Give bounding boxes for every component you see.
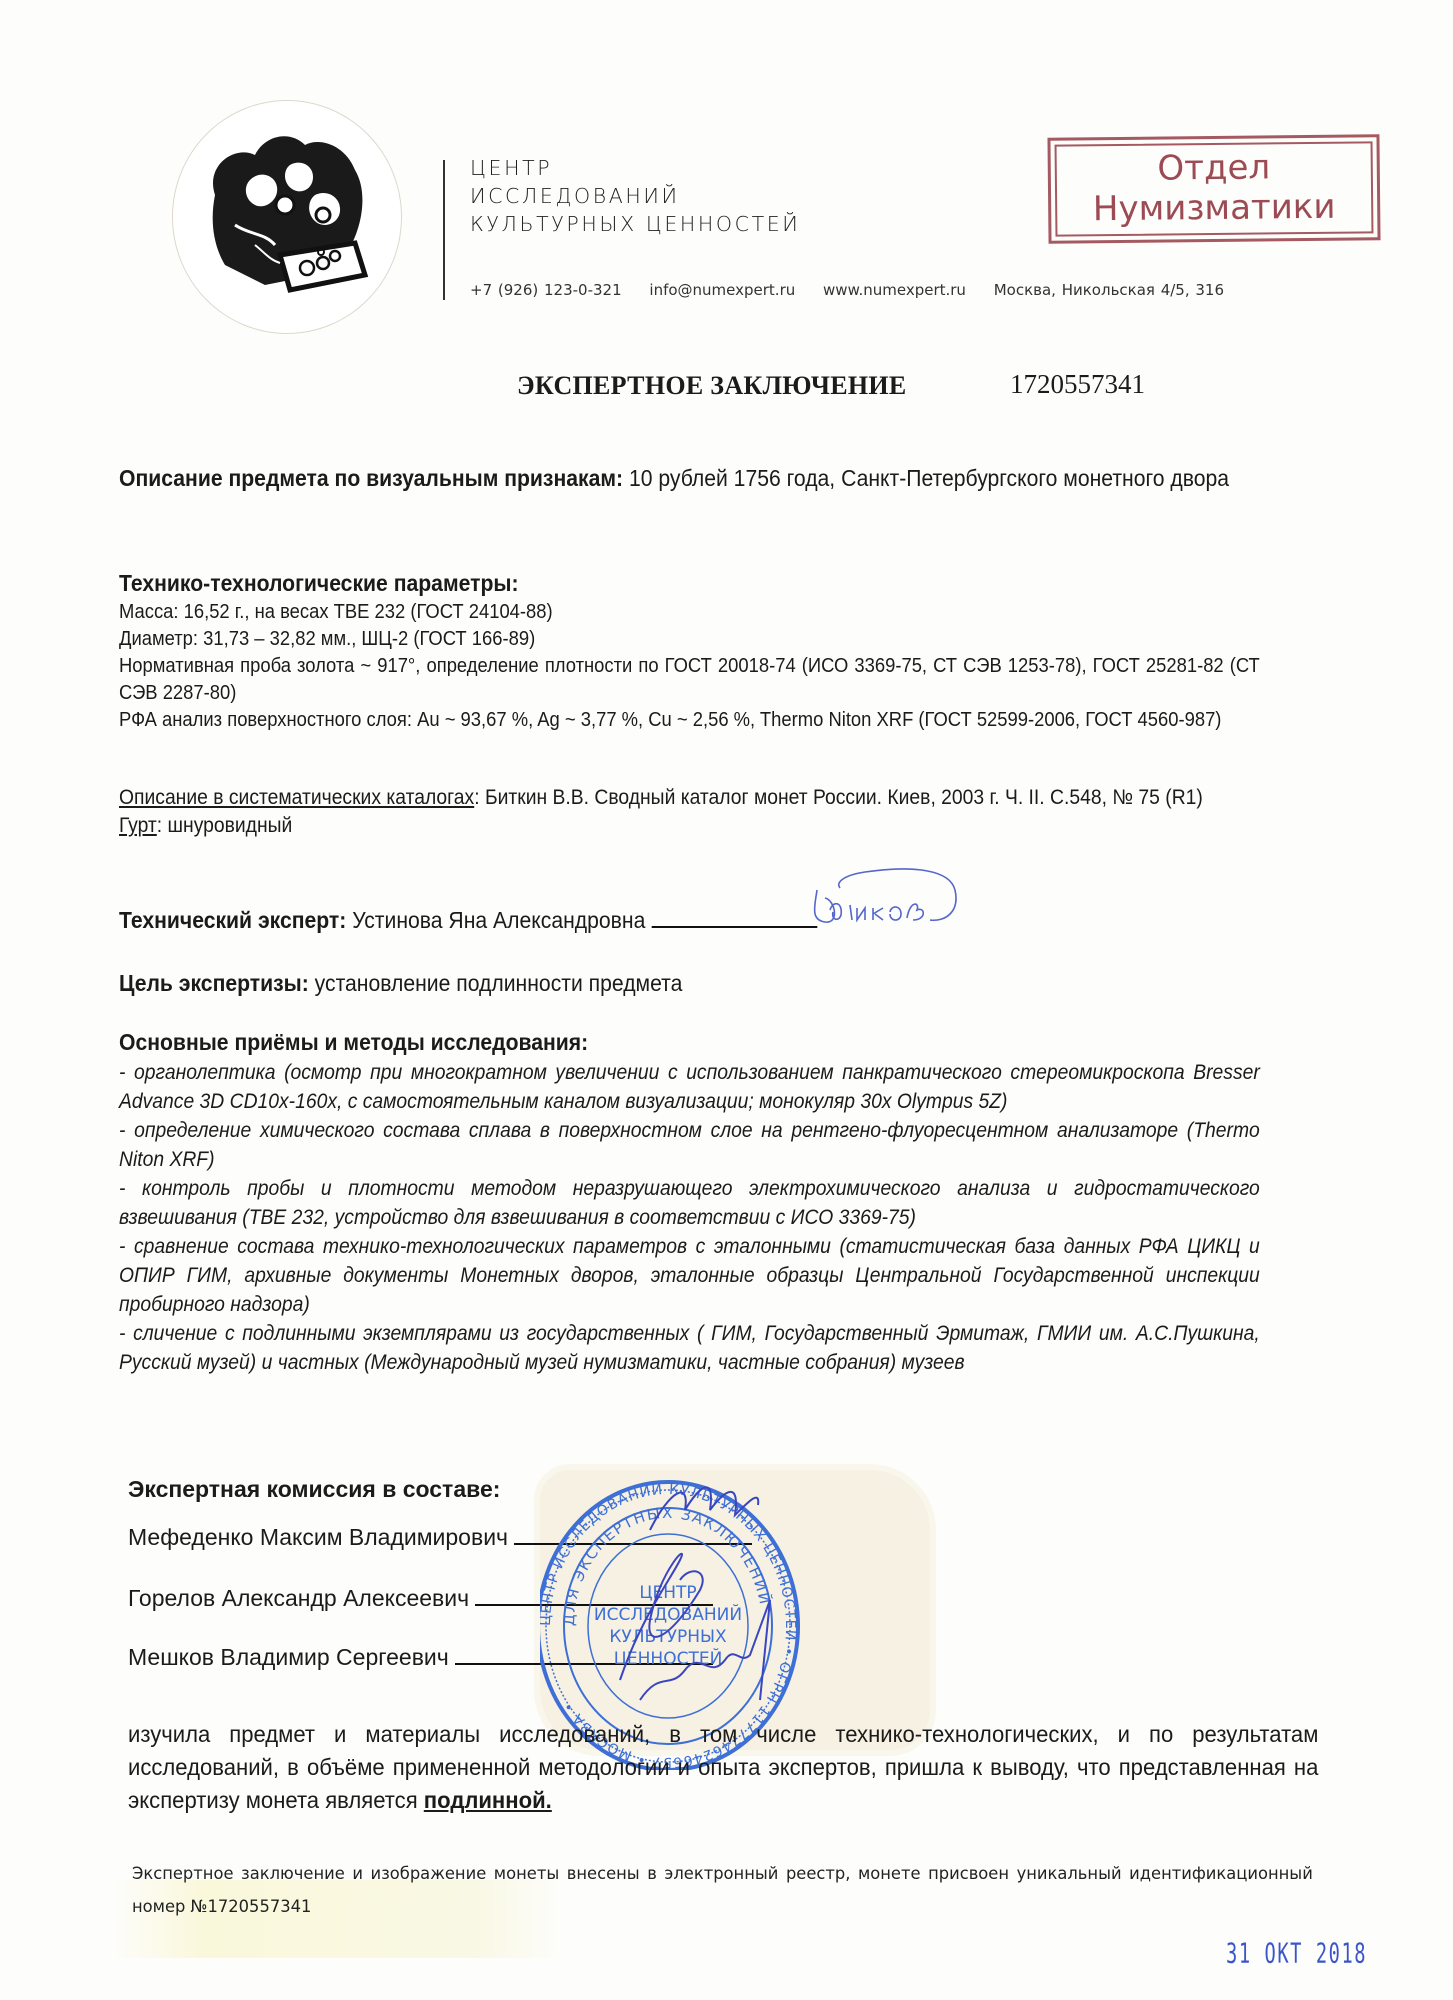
tech-expert-signature-line <box>651 926 817 928</box>
technical-parameters: Технико-технологические параметры: Масса… <box>119 567 1260 734</box>
document-title: ЭКСПЕРТНОЕ ЗАКЛЮЧЕНИЕ <box>517 371 907 401</box>
param-diameter: Диаметр: 31,73 – 32,82 мм., ШЦ-2 (ГОСТ 1… <box>119 626 1260 653</box>
purpose-value: установление подлинности предмета <box>315 970 683 996</box>
org-name-line-3: КУЛЬТУРНЫХ ЦЕННОСТЕЙ <box>470 210 800 238</box>
contact-bar: +7 (926) 123-0-321 info@numexpert.ru www… <box>470 281 1246 299</box>
date-stamp: 31 ОКТ 2018 <box>1226 1937 1367 1969</box>
conclusion: изучила предмет и материалы исследований… <box>128 1718 1318 1817</box>
org-name-line-1: ЦЕНТР <box>470 154 800 182</box>
param-mass: Масса: 16,52 г., на весах ТВЕ 232 (ГОСТ … <box>119 599 1260 626</box>
method-item: - сличение с подлинными экземплярами из … <box>119 1319 1260 1377</box>
param-xrf: РФА анализ поверхностного слоя: Au ~ 93,… <box>119 707 1260 734</box>
catalog-value: : Биткин В.В. Сводный каталог монет Росс… <box>474 786 1203 809</box>
department-stamp: Отдел Нумизматики <box>1047 134 1380 243</box>
edge-label: Гурт <box>119 814 157 837</box>
edge-value: : шнуровидный <box>157 814 293 837</box>
experts-engraving-icon <box>195 125 380 310</box>
purpose-label: Цель экспертизы: <box>119 970 309 996</box>
organization-name: ЦЕНТР ИССЛЕДОВАНИЙ КУЛЬТУРНЫХ ЦЕННОСТЕЙ <box>470 154 800 238</box>
document-number: 1720557341 <box>1010 369 1145 400</box>
member-name: Горелов Александр Алексеевич <box>128 1585 469 1611</box>
registry-note: Экспертное заключение и изображение моне… <box>132 1858 1313 1924</box>
item-description: Описание предмета по визуальным признака… <box>119 462 1260 494</box>
seal-center-line: ИССЛЕДОВАНИЙ <box>594 1603 742 1625</box>
param-fineness: Нормативная проба золота ~ 917°, определ… <box>119 653 1260 707</box>
verdict: подлинной. <box>424 1787 552 1813</box>
member-name: Мешков Владимир Сергеевич <box>128 1644 449 1670</box>
conclusion-text: изучила предмет и материалы исследований… <box>128 1721 1318 1813</box>
logo <box>172 100 402 334</box>
website-link[interactable]: www.numexpert.ru <box>823 281 966 299</box>
org-name-line-2: ИССЛЕДОВАНИЙ <box>470 182 800 210</box>
research-methods: Основные приёмы и методы исследования: -… <box>119 1026 1260 1377</box>
member-name: Мефеденко Максим Владимирович <box>128 1524 508 1550</box>
method-item: - контроль пробы и плотности методом нер… <box>119 1174 1260 1232</box>
method-item: - органолептика (осмотр при многократном… <box>119 1058 1260 1116</box>
address: Москва, Никольская 4/5, 316 <box>994 281 1224 299</box>
phone-number[interactable]: +7 (926) 123-0-321 <box>470 281 622 299</box>
tech-expert-signature <box>795 860 995 930</box>
tech-expert-label: Технический эксперт: <box>119 907 346 933</box>
catalog-label: Описание в систематических каталогах <box>119 786 474 809</box>
commission-title: Экспертная комиссия в составе: <box>128 1476 500 1503</box>
tech-params-title: Технико-технологические параметры: <box>119 567 1260 599</box>
method-item: - сравнение состава технико-технологичес… <box>119 1232 1260 1319</box>
description-value: 10 рублей 1756 года, Санкт-Петербургског… <box>629 465 1229 491</box>
stamp-line-2: Нумизматики <box>1057 186 1371 229</box>
catalog-reference: Описание в систематических каталогах: Би… <box>119 784 1260 840</box>
technical-expert: Технический эксперт: Устинова Яна Алекса… <box>119 904 1260 936</box>
description-label: Описание предмета по визуальным признака… <box>119 465 623 491</box>
examination-purpose: Цель экспертизы: установление подлинност… <box>119 967 1260 999</box>
tech-expert-name: Устинова Яна Александровна <box>352 907 645 933</box>
method-item: - определение химического состава сплава… <box>119 1116 1260 1174</box>
email-link[interactable]: info@numexpert.ru <box>649 281 795 299</box>
methods-title: Основные приёмы и методы исследования: <box>119 1026 1260 1058</box>
header-divider <box>443 160 445 300</box>
seal-center-line: ЦЕНТР <box>639 1583 696 1603</box>
stamp-line-1: Отдел <box>1057 146 1371 189</box>
